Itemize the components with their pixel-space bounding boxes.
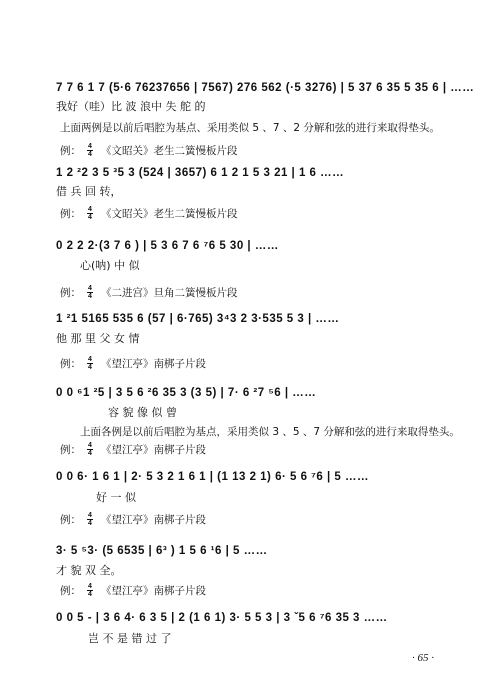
- explanation-paragraph: 上面各例是以前后唱腔为基点，采用类似 3 、5 、7 分解和弦的进行来取得垫头。: [80, 424, 460, 439]
- lyrics-line: 他 那 里 父 女 情: [56, 330, 139, 346]
- example-title: 《望江亭》南梆子片段: [101, 583, 206, 598]
- example-header: 例： 44 《望江亭》南梆子片段: [60, 583, 206, 598]
- page-number: · 65 ·: [412, 652, 434, 664]
- lyrics-line: 岂 不 是 错 过 了: [88, 630, 171, 646]
- example-title: 《望江亭》南梆子片段: [101, 356, 206, 371]
- lyrics-line: 好 一 似: [96, 489, 136, 505]
- example-prefix: 例：: [60, 583, 81, 598]
- time-signature: 44: [87, 583, 93, 598]
- notation-line: 1 ²1 5165 535 6 (57 | 6·765) 3⁴3 2 3·535…: [56, 313, 339, 325]
- time-signature: 44: [87, 512, 93, 527]
- example-title: 《望江亭》南梆子片段: [101, 442, 206, 457]
- explanation-paragraph: 上面两例是以前后唱腔为基点、采用类似 5 、7 、2 分解和弦的进行来取得垫头。: [60, 120, 440, 135]
- time-signature: 44: [87, 356, 93, 371]
- example-prefix: 例：: [60, 356, 81, 371]
- example-header: 例： 44 《二进宫》旦角二簧慢板片段: [60, 285, 238, 300]
- example-title: 《望江亭》南梆子片段: [101, 512, 206, 527]
- time-signature: 44: [87, 143, 93, 158]
- notation-line: 0 0 6· 1 6 1 | 2· 5 3 2 1 6 1 | (1 13 2 …: [56, 471, 369, 483]
- notation-line: 1 2 ²2 3 5 ³5 3 (524 | 3657) 6 1 2 1 5 3…: [56, 167, 344, 179]
- lyrics-line: 才 貌 双 全。: [56, 562, 122, 578]
- notation-line: 0 0 5 - | 3 6 4· 6 3 5 | 2 (1 6 1) 3· 5 …: [56, 612, 388, 624]
- example-header: 例： 44 《望江亭》南梆子片段: [60, 442, 206, 457]
- example-prefix: 例：: [60, 285, 81, 300]
- notation-line-continuation: 7 7 6 1 7 (5·6 76237656 | 7567) 276 562 …: [56, 82, 474, 94]
- time-signature: 44: [87, 285, 93, 300]
- lyrics-line: 容 貌 像 似 曾: [108, 404, 177, 420]
- notation-line: 0 2 2 2·(3 7 6 ) | 5 3 6 7 6 ⁷6 5 30 | ……: [56, 240, 279, 252]
- example-title: 《文昭关》老生二簧慢板片段: [101, 206, 238, 221]
- example-prefix: 例：: [60, 206, 81, 221]
- example-title: 《文昭关》老生二簧慢板片段: [101, 143, 238, 158]
- notation-line: 3· 5 ⁵3· (5 6535 | 6³ ) 1 5 6 ¹6 | 5 ……: [56, 545, 268, 557]
- example-header: 例： 44 《望江亭》南梆子片段: [60, 512, 206, 527]
- notation-line: 0 0 ⁶1 ²5 | 3 5 6 ²6 35 3 (3 5) | 7· 6 ²…: [56, 387, 316, 399]
- example-header: 例： 44 《文昭关》老生二簧慢板片段: [60, 143, 238, 158]
- time-signature: 44: [87, 442, 93, 457]
- example-header: 例： 44 《望江亭》南梆子片段: [60, 356, 206, 371]
- example-prefix: 例：: [60, 512, 81, 527]
- lyrics-line-continuation: 我好（哇）比 波 浪中 失 舵 的: [56, 98, 205, 114]
- time-signature: 44: [87, 206, 93, 221]
- example-prefix: 例：: [60, 143, 81, 158]
- example-prefix: 例：: [60, 442, 81, 457]
- example-header: 例： 44 《文昭关》老生二簧慢板片段: [60, 206, 238, 221]
- example-title: 《二进宫》旦角二簧慢板片段: [101, 285, 238, 300]
- lyrics-line: 心(呐) 中 似: [80, 257, 140, 273]
- lyrics-line: 借 兵 回 转，: [56, 183, 122, 199]
